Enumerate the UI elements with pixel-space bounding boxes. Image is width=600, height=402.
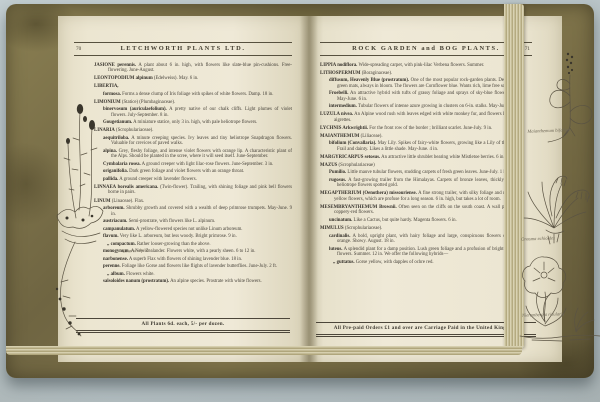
- plant-description: Shrubby growth and covered with a wealth…: [111, 206, 292, 216]
- plant-name: MAIANTHEMUM: [320, 134, 359, 139]
- plant-description: An Alpine wood rush with leaves edged wi…: [334, 112, 522, 122]
- plant-description: An alpine species. Prostrate with white …: [169, 279, 262, 284]
- catalog-entry: LITHOSPERMUM (Boraginaceae).: [320, 71, 522, 76]
- right-page-entry-list: LIPPIA nodiflora. Wide-spreading carpet,…: [320, 60, 522, 267]
- plant-description: Little mauve tubular flowers, studding c…: [346, 170, 508, 175]
- catalog-entry: LYCHNIS Arkwrightii. For the front row o…: [320, 126, 522, 131]
- nierembergia-illustration: [514, 248, 600, 348]
- catalog-entry: Pumilio. Little mauve tubular flowers, s…: [320, 170, 522, 175]
- plant-description: A minute creeping species. Ivy leaves an…: [111, 136, 292, 146]
- catalog-entry: LEONTOPODIUM alpinum (Edelweiss). May. 6…: [94, 76, 292, 81]
- plant-description: For the front row of the border ; brilli…: [368, 126, 492, 131]
- plant-description: Foliage like Gorse and flowers like flig…: [121, 264, 277, 269]
- plant-description: A bold, upright plant, with hairy foliag…: [337, 234, 522, 244]
- plant-name: formosa.: [103, 92, 121, 97]
- catalog-entry: MAZUS (Scrophulariaceae): [320, 163, 522, 168]
- plant-description: A splendid plant for a damp position. Lu…: [337, 247, 522, 257]
- plant-description: A ground creeper with lavender flowers.: [118, 177, 196, 182]
- catalog-entry: LIPPIA nodiflora. Wide-spreading carpet,…: [320, 63, 522, 68]
- plant-description: Semi-prostrate, with flowers like L. alp…: [127, 219, 215, 224]
- plant-name: intermedium.: [329, 104, 357, 109]
- plant-name: MESEMBRYANTHEMUM Brownii.: [320, 205, 397, 210]
- right-page-title: ROCK GARDEN and BOG PLANTS.: [336, 45, 516, 52]
- plant-description: (Boraginaceae).: [361, 71, 393, 76]
- plant-name: MIMULUS: [320, 226, 344, 231]
- plant-description: Dark green foliage and violet flowers wi…: [128, 169, 244, 174]
- plant-description: Flowers white.: [125, 272, 155, 277]
- catalog-entry: MARGYRICARPUS setosus. An attractive lit…: [320, 155, 522, 160]
- plant-description: Gorse yellow, with dapples of ochre red.: [355, 260, 434, 265]
- catalog-entry: cardinalis. A bold, upright plant, with …: [320, 234, 522, 245]
- linaria-alpina-illustration: [34, 98, 126, 346]
- plant-description: (Edelweiss). May. 6 in.: [153, 76, 199, 81]
- plant-name: MAZUS: [320, 163, 337, 168]
- plant-name: Pumilio.: [329, 170, 346, 175]
- catalog-entry: LUZULA nivea. An Alpine wood rush with l…: [320, 112, 522, 123]
- right-page-footer: All Pre-paid Orders £1 and over are Carr…: [316, 322, 536, 337]
- catalog-entry: MAIANTHEMUM (Liliaceae).: [320, 134, 522, 139]
- page-gutter-shadow: [300, 16, 318, 362]
- maianthemum-illustration: [540, 48, 600, 158]
- plant-name: rugosus.: [329, 178, 346, 183]
- plant-description: (Scrophulariaceae).: [344, 226, 383, 231]
- catalog-entry: diffusum, Heavenly Blue (prostratum). On…: [320, 78, 522, 89]
- plant-description: Forms a dense clump of Iris foliage with…: [121, 92, 273, 97]
- plant-name: luteus.: [329, 247, 342, 252]
- plant-description: Like a Cactus, but quite hardy. Magenta …: [352, 218, 456, 223]
- left-page-header: 70 LETCHWORTH PLANTS LTD.: [74, 42, 292, 56]
- left-page-number: 70: [76, 46, 90, 52]
- right-footer-text: All Pre-paid Orders £1 and over are Carr…: [316, 322, 536, 335]
- catalog-entry: Froebelli. An attractive hybrid with tuf…: [320, 91, 522, 102]
- catalog-entry: luteus. A splendid plant for a damp posi…: [320, 247, 522, 258]
- plant-name: MEGAPTHERIUM (Oenothera) missouriense.: [320, 191, 417, 196]
- catalog-entry: LIBERTIA,: [94, 84, 292, 89]
- open-book-pages: 70 LETCHWORTH PLANTS LTD. JASIONE perenn…: [58, 16, 562, 362]
- plant-description: (Scrophulariaceae): [337, 163, 374, 168]
- catalog-entry: intermedium. Tubular flowers of intense …: [320, 104, 522, 109]
- plant-description: (Liliaceae).: [359, 134, 382, 139]
- catalog-entry: formosa. Forms a dense clump of Iris fol…: [94, 92, 292, 97]
- plant-name: MARGYRICARPUS setosus.: [320, 155, 380, 160]
- plant-description: Wide-spreading carpet, with pink-lilac V…: [357, 63, 484, 68]
- plant-description: A fast-growing trailer from the Himalaya…: [337, 178, 522, 188]
- plant-name: LEONTOPODIUM alpinum: [94, 76, 153, 81]
- plant-description: Rather looser-growing than the above.: [136, 242, 211, 247]
- catalog-entry: bifolium (Convallaria). May Lily. Spikes…: [320, 141, 522, 152]
- plant-name: LUZULA nivea.: [320, 112, 353, 117]
- footer-rule: [316, 336, 536, 338]
- plant-name: LIPPIA nodiflora.: [320, 63, 357, 68]
- page-edge-stack-bottom: [6, 346, 522, 355]
- plant-description: Grey, fleshy foliage, and intense violet…: [111, 149, 292, 159]
- plant-description: A miniature statice, only 3 in. high, wi…: [132, 120, 257, 125]
- plant-name: Froebelli.: [329, 91, 349, 96]
- plant-name: JASIONE perennis.: [94, 63, 136, 68]
- plant-name: bifolium (Convallaria).: [329, 141, 376, 146]
- plant-description: An attractive hybrid with tufts of grass…: [337, 91, 522, 101]
- plant-description: An attractive little shrublet bearing wh…: [380, 155, 504, 160]
- plant-description: Tubular flowers of intense azure growing…: [357, 104, 509, 109]
- catalog-entry: JASIONE perennis. A plant about 6 in. hi…: [94, 63, 292, 74]
- catalog-entry: „ guttatus. Gorse yellow, with dapples o…: [320, 260, 522, 265]
- plant-description: A yellow-flowered species not unlike Lin…: [135, 227, 242, 232]
- plant-name: uncinatum.: [329, 218, 352, 223]
- plant-name: „ guttatus.: [333, 260, 355, 265]
- plant-name: LYCHNIS Arkwrightii.: [320, 126, 368, 131]
- plant-description: Very like L. arboreum, but less woody. B…: [119, 234, 237, 239]
- catalog-entry: MESEMBRYANTHEMUM Brownii. Often seen on …: [320, 205, 522, 216]
- plant-name: LITHOSPERMUM: [320, 71, 361, 76]
- catalog-entry: rugosus. A fast-growing trailer from the…: [320, 178, 522, 189]
- plant-description: (Statice) (Plumbaginaceae).: [121, 100, 175, 105]
- catalog-entry: uncinatum. Like a Cactus, but quite hard…: [320, 218, 522, 223]
- right-page-header: ROCK GARDEN and BOG PLANTS. 71: [320, 42, 532, 56]
- plant-description: A plant about 6 in. high, with flowers l…: [108, 63, 292, 73]
- catalog-entry: MIMULUS (Scrophulariaceae).: [320, 226, 522, 231]
- plant-description: A ground creeper with light lilac-rose f…: [141, 162, 274, 167]
- plant-description: A superb Flax with flowers of shining la…: [128, 257, 242, 262]
- catalog-entry: MEGAPTHERIUM (Oenothera) missouriense. A…: [320, 191, 522, 202]
- book-photo: { "book": { "cover_color": "#6f6542", "p…: [0, 0, 600, 402]
- plant-name: cardinalis.: [329, 234, 350, 239]
- plant-name: LIBERTIA,: [94, 84, 119, 89]
- plant-name: diffusum, Heavenly Blue (prostratum).: [329, 78, 409, 83]
- left-page-title: LETCHWORTH PLANTS LTD.: [90, 45, 276, 52]
